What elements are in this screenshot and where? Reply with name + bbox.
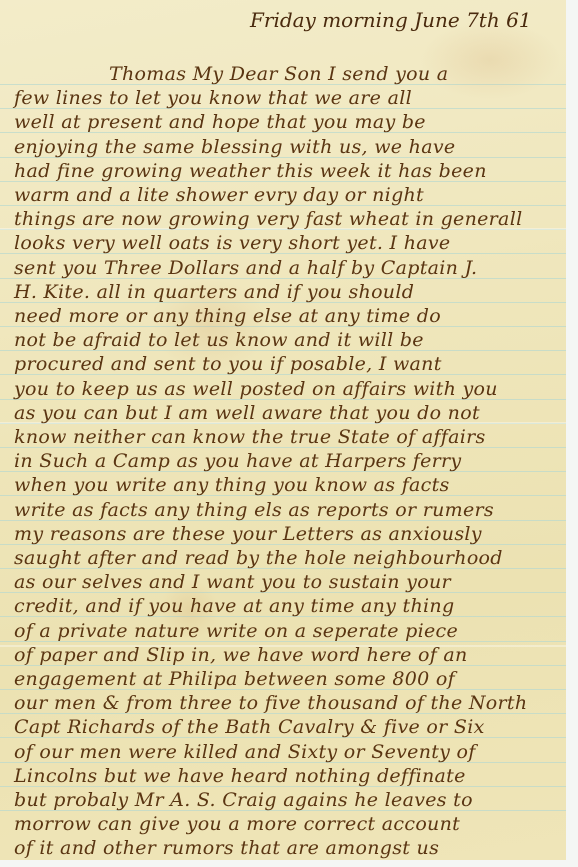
letter-line: enjoying the same blessing with us, we h… xyxy=(14,135,552,159)
date-line: Friday morning June 7th 61 xyxy=(250,8,532,32)
letter-line: of it and other rumors that are amongst … xyxy=(14,836,552,860)
letter-line: write as facts any thing els as reports … xyxy=(14,498,552,522)
letter-line: as you can but I am well aware that you … xyxy=(14,401,552,425)
letter-line: know neither can know the true State of … xyxy=(14,425,552,449)
letter-line: well at present and hope that you may be xyxy=(14,110,552,134)
letter-line: Capt Richards of the Bath Cavalry & five… xyxy=(14,715,552,739)
letter-line: when you write any thing you know as fac… xyxy=(14,473,552,497)
letter-line: saught after and read by the hole neighb… xyxy=(14,546,552,570)
letter-line: H. Kite. all in quarters and if you shou… xyxy=(14,280,552,304)
letter-page: Friday morning June 7th 61 Thomas My Dea… xyxy=(0,0,566,860)
letter-line: Thomas My Dear Son I send you a xyxy=(14,62,552,86)
letter-line: procured and sent to you if posable, I w… xyxy=(14,352,552,376)
letter-line: sent you Three Dollars and a half by Cap… xyxy=(14,256,552,280)
letter-line: our men & from three to five thousand of… xyxy=(14,691,552,715)
letter-line: not be afraid to let us know and it will… xyxy=(14,328,552,352)
letter-line: as our selves and I want you to sustain … xyxy=(14,570,552,594)
letter-line: Lincolns but we have heard nothing deffi… xyxy=(14,764,552,788)
letter-line: engagement at Philipa between some 800 o… xyxy=(14,667,552,691)
letter-line: had fine growing weather this week it ha… xyxy=(14,159,552,183)
letter-line: but probaly Mr A. S. Craig agains he lea… xyxy=(14,788,552,812)
letter-line: of a private nature write on a seperate … xyxy=(14,619,552,643)
letter-line: morrow can give you a more correct accou… xyxy=(14,812,552,836)
letter-line: things are now growing very fast wheat i… xyxy=(14,207,552,231)
letter-line: of paper and Slip in, we have word here … xyxy=(14,643,552,667)
letter-line: credit, and if you have at any time any … xyxy=(14,594,552,618)
letter-line: warm and a lite shower evry day or night xyxy=(14,183,552,207)
letter-line: few lines to let you know that we are al… xyxy=(14,86,552,110)
letter-line: of our men were killed and Sixty or Seve… xyxy=(14,740,552,764)
letter-line: you to keep us as well posted on affairs… xyxy=(14,377,552,401)
letter-line: in Such a Camp as you have at Harpers fe… xyxy=(14,449,552,473)
letter-line: need more or any thing else at any time … xyxy=(14,304,552,328)
letter-line: my reasons are these your Letters as anx… xyxy=(14,522,552,546)
letter-line: looks very well oats is very short yet. … xyxy=(14,231,552,255)
